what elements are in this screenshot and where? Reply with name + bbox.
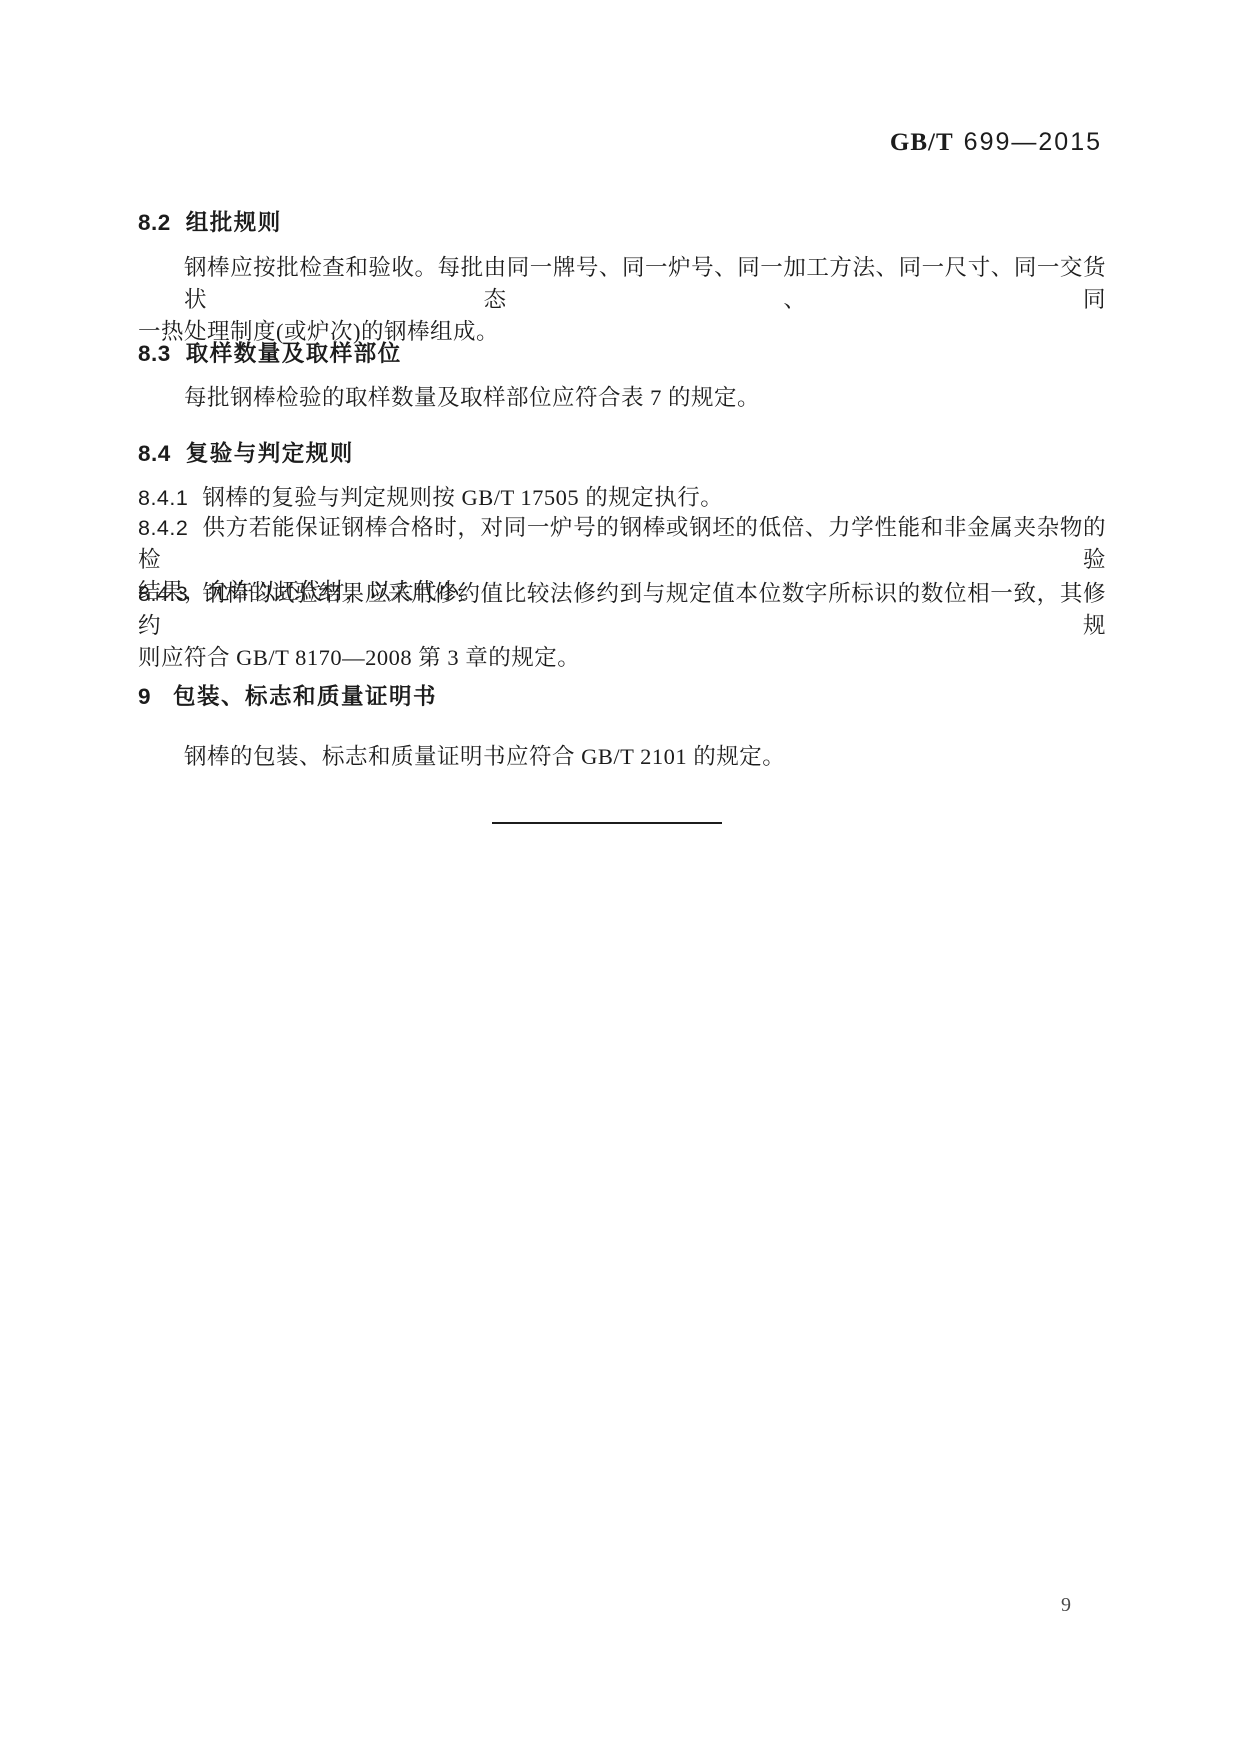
section-number: 8.2 xyxy=(138,210,171,235)
clause-8-4-3: 8.4.3钢棒的试验结果应采用修约值比较法修约到与规定值本位数字所标识的数位相一… xyxy=(138,578,1106,674)
clause-number: 8.4.1 xyxy=(138,486,188,510)
clause-text: 钢棒的试验结果应采用修约值比较法修约到与规定值本位数字所标识的数位相一致，其修约… xyxy=(138,581,1106,638)
text-line: 8.4.3钢棒的试验结果应采用修约值比较法修约到与规定值本位数字所标识的数位相一… xyxy=(138,578,1106,642)
text-line: 则应符合 GB/T 8170—2008 第 3 章的规定。 xyxy=(138,642,1106,674)
section-number: 8.4 xyxy=(138,441,171,466)
page-number: 9 xyxy=(1046,1594,1086,1617)
section-title: 复验与判定规则 xyxy=(186,441,354,466)
section-number: 8.3 xyxy=(138,341,171,366)
section-title: 取样数量及取样部位 xyxy=(186,341,402,366)
clause-text: 供方若能保证钢棒合格时，对同一炉号的钢棒或钢坯的低倍、力学性能和非金属夹杂物的检… xyxy=(138,515,1106,572)
section-title: 包装、标志和质量证明书 xyxy=(173,684,437,709)
paragraph-8-2: 钢棒应按批检查和验收。每批由同一牌号、同一炉号、同一加工方法、同一尺寸、同一交货… xyxy=(138,252,1106,348)
section-heading-8-2: 8.2组批规则 xyxy=(138,205,1106,237)
section-title: 组批规则 xyxy=(186,210,282,235)
standard-code-number: 699—2015 xyxy=(964,128,1102,156)
section-heading-8-4: 8.4复验与判定规则 xyxy=(138,436,1106,468)
clause-number: 8.4.3 xyxy=(138,582,188,606)
section-heading-8-3: 8.3取样数量及取样部位 xyxy=(138,336,1106,368)
clause-number: 8.4.2 xyxy=(138,516,188,540)
standard-code-prefix: GB/T xyxy=(890,129,954,156)
section-heading-9: 9包装、标志和质量证明书 xyxy=(138,679,1106,711)
paragraph-8-3: 每批钢棒检验的取样数量及取样部位应符合表 7 的规定。 xyxy=(138,382,1106,414)
text-line: 8.4.1钢棒的复验与判定规则按 GB/T 17505 的规定执行。 xyxy=(138,482,1106,514)
text-line: 钢棒的包装、标志和质量证明书应符合 GB/T 2101 的规定。 xyxy=(138,741,1106,773)
text-line: 钢棒应按批检查和验收。每批由同一牌号、同一炉号、同一加工方法、同一尺寸、同一交货… xyxy=(138,252,1106,316)
text-line: 8.4.2供方若能保证钢棒合格时，对同一炉号的钢棒或钢坯的低倍、力学性能和非金属… xyxy=(138,512,1106,576)
text-line: 每批钢棒检验的取样数量及取样部位应符合表 7 的规定。 xyxy=(138,382,1106,414)
end-of-text-divider xyxy=(492,822,722,824)
document-page: { "page": { "header": { "code_prefix": "… xyxy=(0,0,1240,1752)
clause-8-4-1: 8.4.1钢棒的复验与判定规则按 GB/T 17505 的规定执行。 xyxy=(138,482,1106,514)
section-number: 9 xyxy=(138,684,151,709)
paragraph-9: 钢棒的包装、标志和质量证明书应符合 GB/T 2101 的规定。 xyxy=(138,741,1106,773)
header-standard-code: GB/T699—2015 xyxy=(890,128,1102,157)
clause-text: 钢棒的复验与判定规则按 GB/T 17505 的规定执行。 xyxy=(202,485,723,510)
